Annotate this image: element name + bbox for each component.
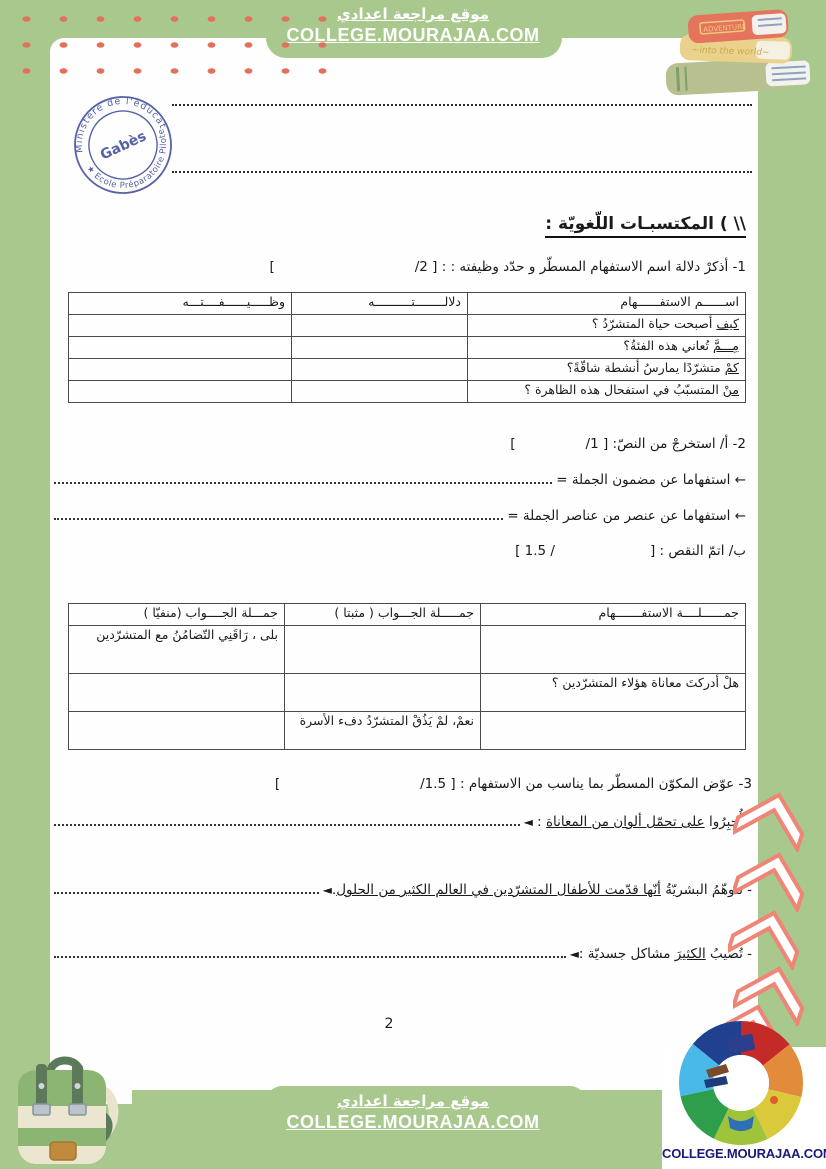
- empty-answer-cell: [292, 337, 468, 359]
- question-2b-text: ب/ اتمّ النقص :: [660, 543, 746, 559]
- question-1-text: 1- أذكرْ دلالة اسم الاستفهام المسطّر و ح…: [451, 259, 746, 275]
- answer-dotted-line: [54, 892, 319, 894]
- col-header-negative-answer: جمـــلة الجــــواب (منفيّا ): [69, 604, 285, 626]
- extract-line-1: ← استفهاما عن مضمون الجملة =: [52, 472, 746, 488]
- table-row: بلى ، رَاقَنِي التّضامُنُ مع المتشرّدين: [69, 626, 746, 674]
- table-row: مِـــمَّ تُعاني هذه الفئةُ؟: [69, 337, 746, 359]
- dotted-line: [172, 171, 752, 173]
- chevron-icon: [728, 906, 806, 970]
- extract-line-2: ← استفهاما عن عنصر من عناصر الجملة =: [52, 508, 746, 524]
- section-marker: \\ ): [720, 214, 746, 234]
- answer-sentences-table: جمــــــلــــة الاستفـــــــهام جمـــــل…: [68, 603, 746, 750]
- question-2a-text: 2- أ/ استخرجْ من النصّ:: [613, 436, 746, 452]
- answer-dotted-line: [54, 956, 566, 958]
- answer-arrow-icon: ◄: [524, 815, 533, 829]
- q3-item-1: - أُجبِرُوا على تحمّل ألوان من المعاناة …: [52, 814, 752, 830]
- chevron-icon: [733, 788, 811, 852]
- empty-answer-cell: [292, 359, 468, 381]
- grade-bracket-q3: [/1.5 ]: [275, 776, 456, 792]
- q3-item-3: - تُصيبُ الكثيرَ مشاكل جسديّة :◄: [52, 946, 752, 962]
- answer-dotted-line: [54, 824, 520, 826]
- answer-arrow-icon: ◄: [570, 947, 579, 961]
- col-header-interrogative-name: اســــــم الاستفــــــهام: [468, 293, 746, 315]
- table-row: كيف أصبحت حياة المتشرّدُ ؟: [69, 315, 746, 337]
- question-3: 3- عوّض المكوّن المسطّر بما يناسب من الا…: [275, 776, 752, 792]
- question-2b: ب/ اتمّ النقص : [ 1.5 /]: [515, 543, 746, 559]
- backpack-icon: [0, 1034, 132, 1169]
- table-row: نعمْ، لمْ يَذُقْ المتشرّدُ دفء الأسرة: [69, 712, 746, 750]
- grade-bracket-q2b: [ 1.5 /]: [515, 543, 655, 559]
- extract-2-text: ← استفهاما عن عنصر من عناصر الجملة =: [507, 508, 746, 524]
- col-header-question-sentence: جمــــــلــــة الاستفـــــــهام: [481, 604, 746, 626]
- page-number: 2: [50, 1016, 728, 1032]
- dotted-line: [172, 104, 752, 106]
- empty-answer-cell: [69, 337, 292, 359]
- col-header-meaning: دلالــــــــتــــــــــه: [292, 293, 468, 315]
- empty-answer-cell: [292, 381, 468, 403]
- grade-bracket-q2a: [/1 ]: [510, 436, 608, 452]
- section-title-text: المكتسبـات اللّغويّة :: [545, 214, 714, 234]
- empty-answer-cell: [69, 315, 292, 337]
- col-header-function: وظـــــيــــــفــــتـــه: [69, 293, 292, 315]
- table-row: كمْ متشرّدًا يمارسُ أنشطة شاقّةً؟: [69, 359, 746, 381]
- logo-caption: COLLEGE.MOURAJAA.COM: [662, 1146, 826, 1161]
- worksheet-screenshot: { "colors": { "green": "#a8c88d", "salmo…: [0, 0, 826, 1169]
- table-row: منْ المتسبّبُ في استفحال هذه الظاهرة ؟: [69, 381, 746, 403]
- school-stamp: Ministère de l'éducation ★ Ecole Prépara…: [46, 68, 200, 222]
- table-row: هلْ أدركتَ معاناة هؤلاء المتشرّدين ؟: [69, 674, 746, 712]
- extract-1-text: ← استفهاما عن مضمون الجملة =: [556, 472, 746, 488]
- books-icon: ~into the world~ ADVENTURE: [648, 2, 826, 98]
- question-2a: 2- أ/ استخرجْ من النصّ: [/1 ]: [510, 436, 746, 452]
- grade-bracket-q1: [/2 ] :: [269, 259, 446, 275]
- empty-answer-cell: [69, 359, 292, 381]
- answer-dotted-line: [54, 482, 552, 484]
- q3-item-1-text: - أُجبِرُوا على تحمّل ألوان من المعاناة …: [524, 814, 752, 830]
- question-3-text: 3- عوّض المكوّن المسطّر بما يناسب من الا…: [460, 776, 752, 792]
- q3-item-3-text: - تُصيبُ الكثيرَ مشاكل جسديّة :◄: [570, 946, 752, 962]
- answer-dotted-line: [54, 518, 503, 520]
- empty-answer-cell: [292, 315, 468, 337]
- interrogative-table: اســــــم الاستفــــــهام دلالــــــــتـ…: [68, 292, 746, 403]
- empty-answer-cell: [69, 381, 292, 403]
- q3-item-2-text: - تتوهّمُ البشريّةُ أنّها قدّمت للأطفال …: [323, 882, 752, 898]
- section-title: \\ ) المكتسبـات اللّغويّة :: [545, 214, 746, 238]
- question-1: 1- أذكرْ دلالة اسم الاستفهام المسطّر و ح…: [269, 259, 746, 275]
- svg-text:Gabès: Gabès: [98, 128, 149, 163]
- q3-item-2: - تتوهّمُ البشريّةُ أنّها قدّمت للأطفال …: [52, 882, 752, 898]
- col-header-affirmative-answer: جمـــــلة الجـــواب ( مثبتا ): [285, 604, 481, 626]
- chevron-icon: [733, 848, 811, 912]
- answer-arrow-icon: ◄: [323, 883, 332, 897]
